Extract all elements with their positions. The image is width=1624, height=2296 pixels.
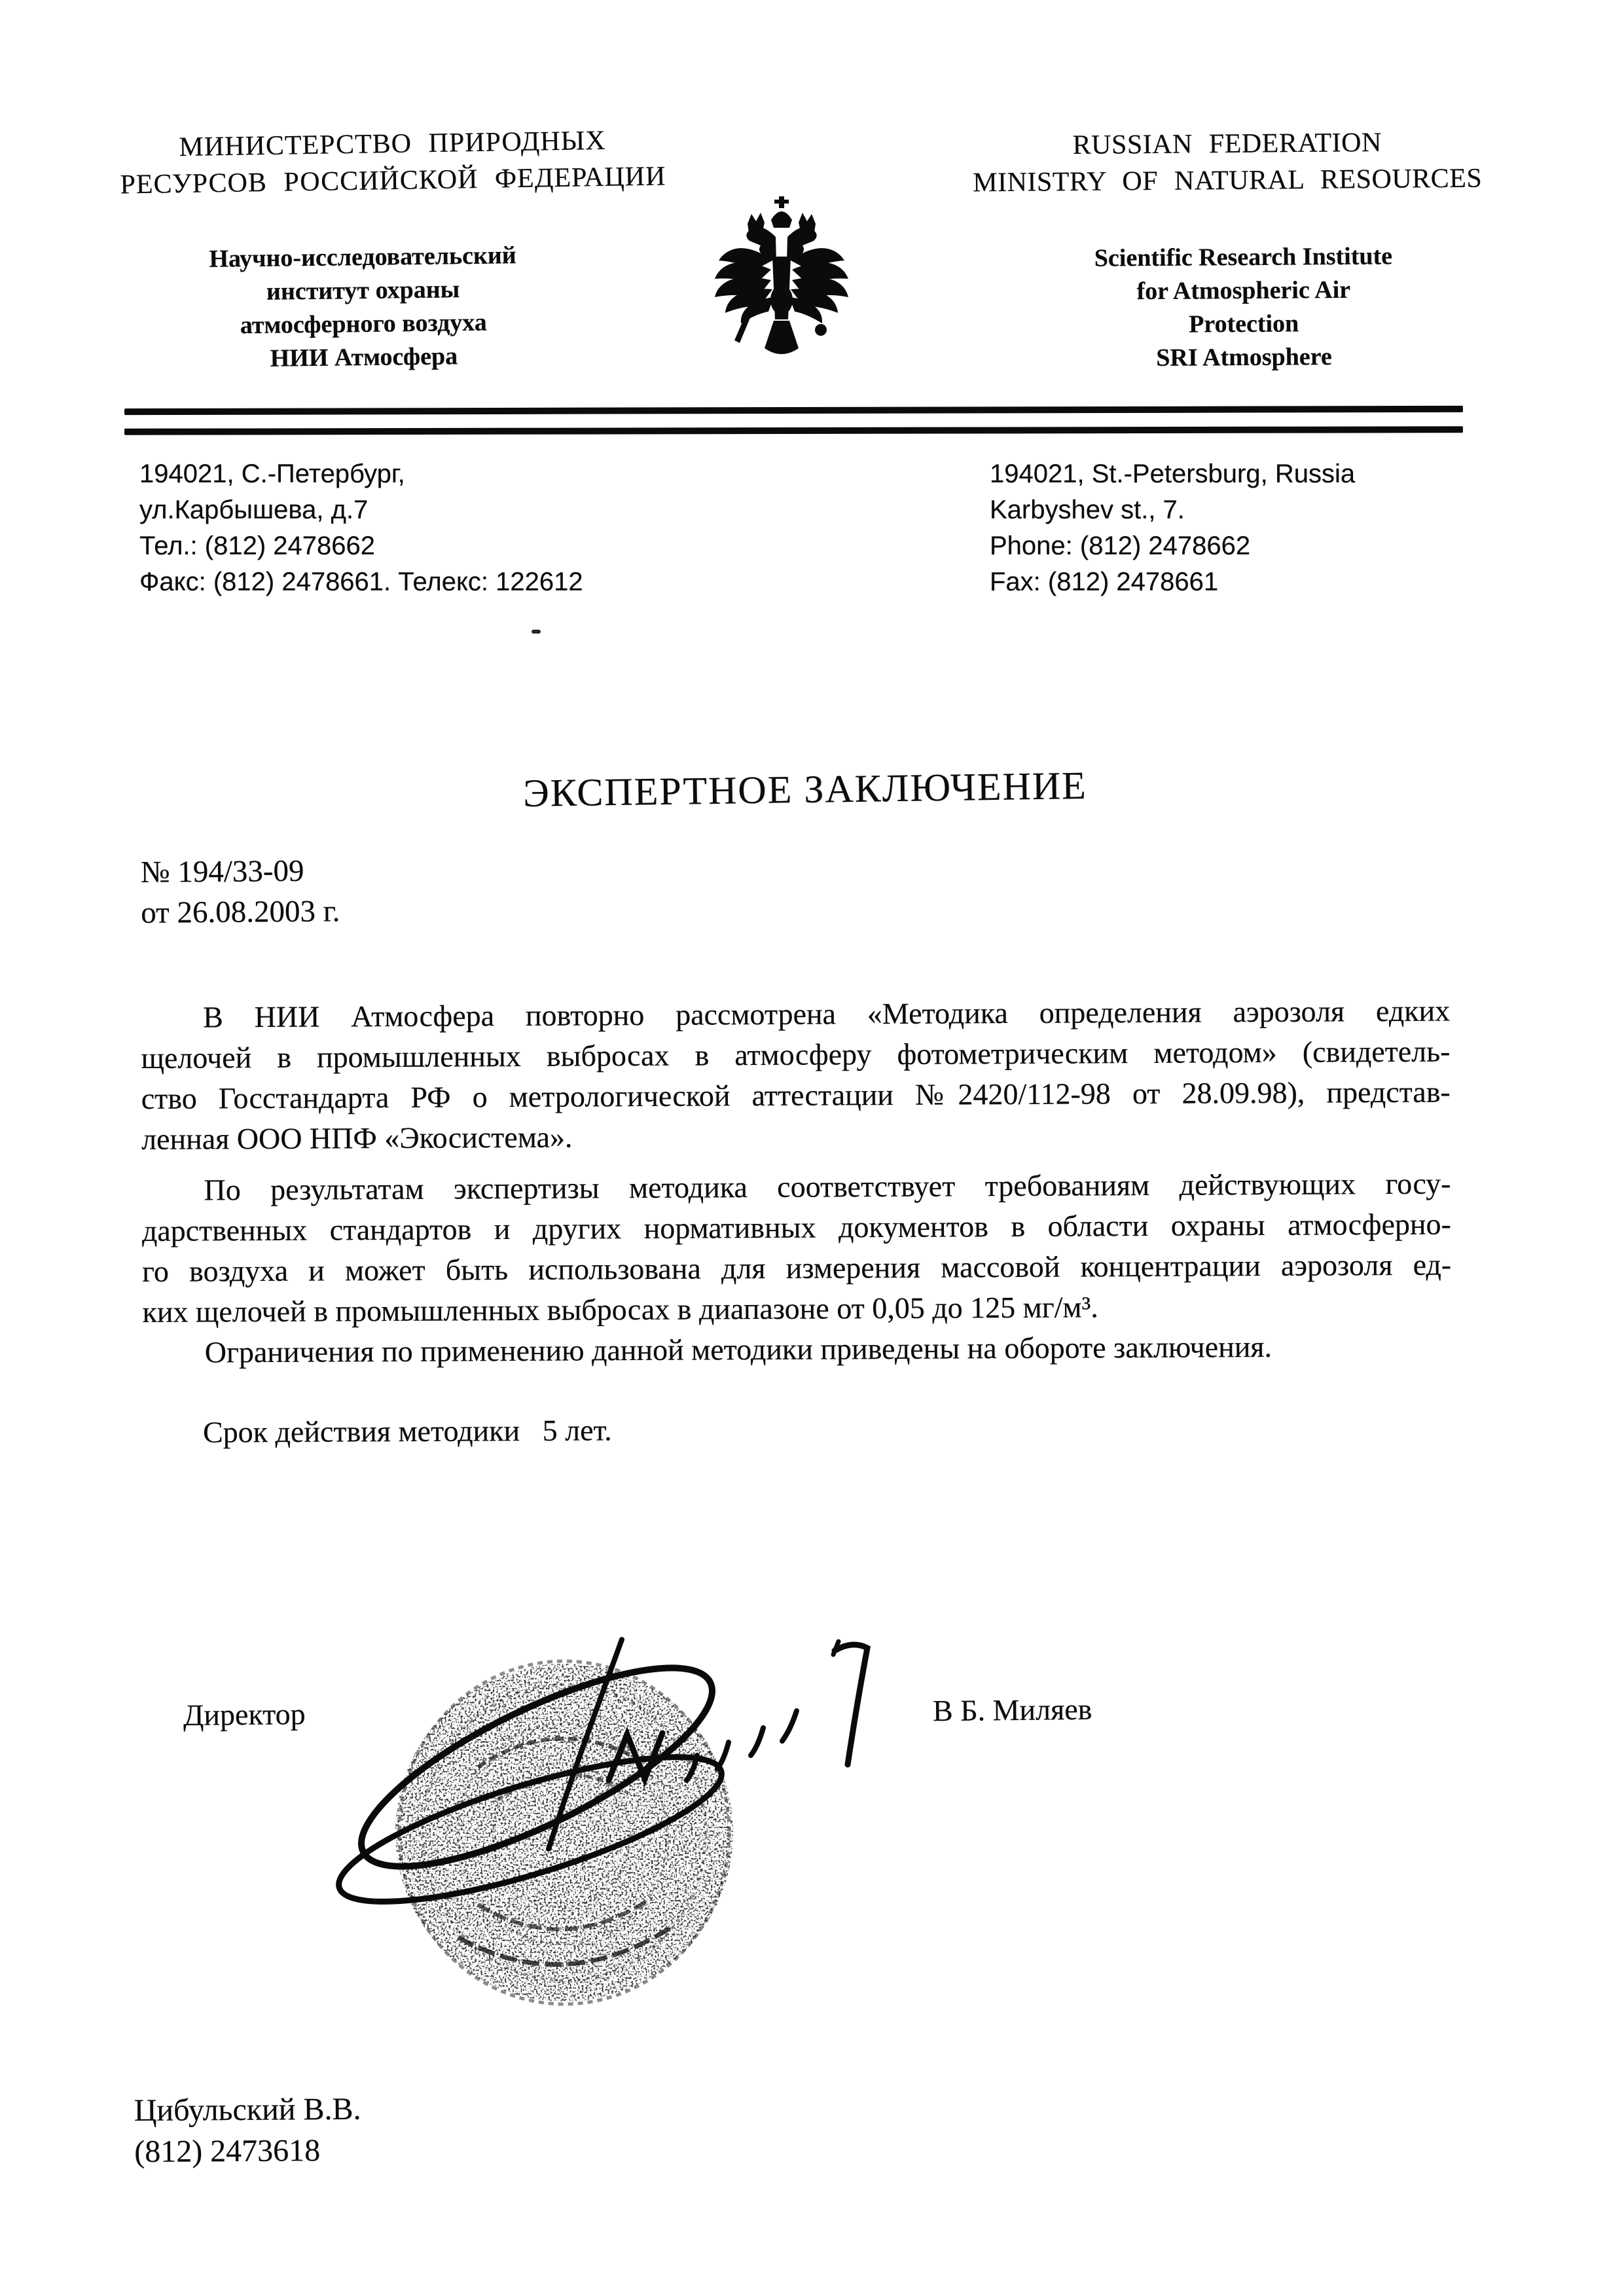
institute-name-english: Scientific Research Institutefor Atmosph… [978,239,1509,376]
text-line: ул.Карбышева, д.7 [139,492,859,528]
validity-period-line: Срок действия методики 5 лет. [141,1410,1188,1450]
contact-block-english: 194021, St.-Petersburg, RussiaKarbyshev … [990,456,1579,600]
text-line: Protection [979,306,1509,343]
text-line: го воздуха и может быть использована для… [142,1245,1451,1292]
text-line: щелочей в промышленных выбросах в атмосф… [141,1031,1450,1079]
footer-contact-name: Цибульский В.В. [134,2086,723,2131]
text-line: ких щелочей в промышленных выбросах в ди… [142,1285,1451,1333]
paragraph-method-reviewed: В НИИ Атмосфера повторно рассмотрена «Ме… [141,991,1451,1160]
text-line: По результатам экспертизы методика соотв… [141,1164,1451,1211]
ministry-name-english: RUSSIAN FEDERATIONMINISTRY OF NATURAL RE… [916,123,1539,202]
text-line: ленная ООО НПФ «Экосистема». [141,1113,1451,1160]
text-line: for Atmospheric Air [979,272,1509,310]
paragraph-limitations: Ограничения по применению данной методик… [143,1326,1452,1373]
text-line: дарственных стандартов и других норматив… [142,1204,1451,1251]
text-line: 194021, St.-Petersburg, Russia [990,456,1579,492]
text-line: RUSSIAN FEDERATION [916,123,1538,165]
text-line: Scientific Research Institute [978,239,1508,276]
text-line: В НИИ Атмосфера повторно рассмотрена «Ме… [141,991,1450,1038]
paragraph-expertise-result: По результатам экспертизы методика соотв… [141,1164,1451,1333]
signer-role-label: Директор [183,1696,306,1732]
document-number: № 194/33-09 [140,847,730,893]
ministry-name-russian: МИНИСТЕРСТВО ПРИРОДНЫХРЕСУРСОВ РОССИЙСКО… [78,120,708,204]
text-line: Phone: (812) 2478662 [990,528,1579,564]
text-line: Karbyshev st., 7. [990,492,1579,528]
text-line: ство Госстандарта РФ о метрологической а… [141,1072,1451,1119]
text-line: Факс: (812) 2478661. Телекс: 122612 [139,564,859,600]
text-line: НИИ Атмосфера [102,338,626,378]
document-title: ЭКСПЕРТНОЕ ЗАКЛЮЧЕНИЕ [0,756,1610,823]
footer-contact-phone: (812) 2473618 [134,2127,723,2172]
scan-artifact-dot [532,630,541,634]
text-line: 194021, С.-Петербург, [139,456,859,492]
text-line: Тел.: (812) 2478662 [139,528,859,564]
footer-contact-block: Цибульский В.В. (812) 2473618 [134,2086,724,2172]
text-line: SRI Atmosphere [979,339,1509,376]
contact-block-russian: 194021, С.-Петербург,ул.Карбышева, д.7Те… [139,456,859,600]
text-line: MINISTRY OF NATURAL RESOURCES [916,160,1538,202]
text-line: Fax: (812) 2478661 [990,564,1579,600]
header-divider-rule-top [124,406,1463,415]
document-number-block: № 194/33-09 от 26.08.2003 г. [140,847,730,933]
institute-name-russian: Научно-исследовательскийинститут охраныа… [101,238,626,378]
header-divider-rule-bottom [124,426,1463,435]
stamp-and-signature [314,1571,936,2042]
scanned-letter-page: { "header": { "left_ministry": { "lines"… [0,0,1624,2296]
document-date: от 26.08.2003 г. [141,888,731,933]
coat-of-arms-eagle-icon [712,194,851,365]
document-body: В НИИ Атмосфера повторно рассмотрена «Ме… [141,991,1452,1373]
signer-name: В Б. Миляев [933,1692,1092,1729]
